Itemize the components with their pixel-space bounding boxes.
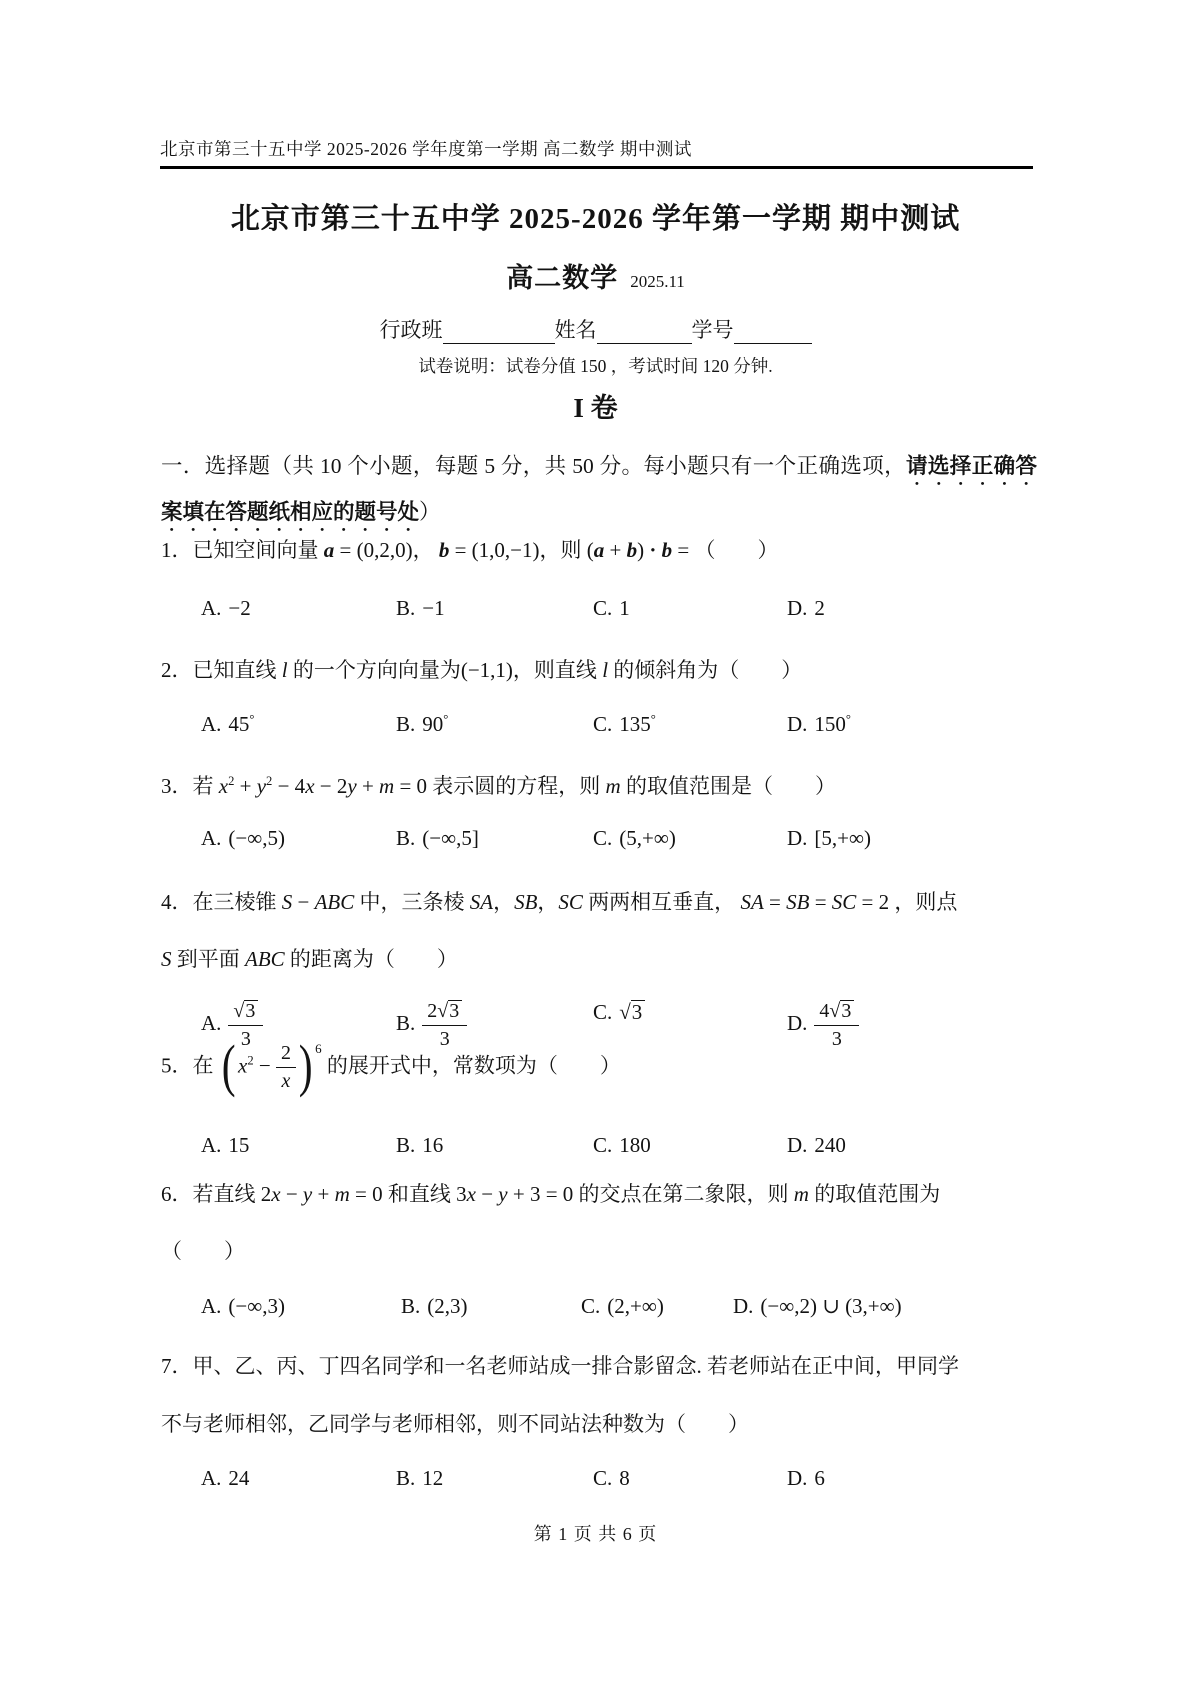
option-label: B.	[396, 1466, 415, 1490]
question-3-options: A.(−∞,5)B.(−∞,5]C.(5,+∞)D.[5,+∞)	[161, 826, 1061, 856]
question-2-option-A: A.45°	[201, 712, 254, 737]
option-label: C.	[593, 826, 612, 850]
question-5-options: A.15B.16C.180D.240	[161, 1133, 1061, 1163]
section-intro-text: 一．选择题（共 10 个小题，每题 5 分，共 50 分。每小题只有一个正确选项…	[161, 454, 906, 478]
question-1-options: A.−2B.−1C.1D.2	[161, 596, 1061, 626]
exam-date: 2025.11	[630, 272, 685, 291]
question-1-option-A: A.−2	[201, 596, 251, 621]
numerator: 2√3	[422, 1000, 467, 1026]
parenthesized-expression: (x2 − 2x)6	[219, 1040, 322, 1095]
radicand: 3	[840, 1000, 854, 1022]
option-label: A.	[201, 1133, 221, 1157]
question-4-line-1: 4．在三棱锥 S − ABC 中，三条棱 SA，SB，SC 两两相互垂直， SA…	[161, 886, 1061, 916]
sqrt-radical: √3	[233, 1000, 258, 1022]
question-5-option-C: C.180	[593, 1133, 651, 1158]
part-title: I 卷	[0, 386, 1191, 425]
question-6-line-1: 6．若直线 2x − y + m = 0 和直线 3x − y + 3 = 0 …	[161, 1178, 1061, 1208]
question-7-option-A: A.24	[201, 1466, 249, 1491]
question-7-option-B: B.12	[396, 1466, 443, 1491]
numerator: 2	[276, 1042, 296, 1068]
question-2-option-C: C.135°	[593, 712, 656, 737]
page-footer: 第 1 页 共 6 页	[0, 1520, 1191, 1546]
left-paren: (	[221, 1040, 235, 1095]
sqrt-radical: √3	[437, 1000, 462, 1022]
question-1-line-1: 1．已知空间向量 a = (0,2,0)， b = (1,0,−1)，则 (a …	[161, 534, 1061, 564]
option-label: A.	[201, 1011, 221, 1035]
id-blank	[734, 321, 812, 344]
option-label: C.	[593, 1466, 612, 1490]
radical-sign: √	[619, 1001, 631, 1023]
subtitle-row: 高二数学 2025.11	[0, 256, 1191, 295]
denominator: x	[276, 1068, 296, 1093]
question-7-line-1: 7．甲、乙、丙、丁四名同学和一名老师站成一排合影留念. 若老师站在正中间，甲同学	[161, 1350, 1061, 1380]
option-label: D.	[787, 1133, 807, 1157]
question-6-option-C: C.(2,+∞)	[581, 1294, 664, 1319]
class-blank	[443, 321, 555, 344]
question-3-option-D: D.[5,+∞)	[787, 826, 871, 851]
question-6-line-2: （ ）	[161, 1235, 1061, 1265]
student-fields-row: 行政班姓名学号	[0, 314, 1191, 344]
question-2-option-B: B.90°	[396, 712, 448, 737]
question-6-option-B: B.(2,3)	[401, 1294, 468, 1319]
question-4-option-C: C.√3	[593, 1000, 645, 1025]
numerator: √3	[228, 1000, 263, 1026]
option-label: B.	[396, 826, 415, 850]
exam-paper-page: 北京市第三十五中学 2025-2026 学年度第一学期 高二数学 期中测试 北京…	[0, 0, 1191, 1684]
option-label: B.	[401, 1294, 420, 1318]
option-label: C.	[581, 1294, 600, 1318]
option-label: A.	[201, 712, 221, 736]
question-5-line-1: 5．在 (x2 − 2x)6 的展开式中，常数项为（ ）	[161, 1040, 1061, 1095]
question-5-option-D: D.240	[787, 1133, 846, 1158]
question-6-option-D: D.(−∞,2) ∪ (3,+∞)	[733, 1294, 902, 1319]
right-paren: )	[299, 1040, 313, 1095]
option-label: A.	[201, 1466, 221, 1490]
name-label: 姓名	[555, 318, 597, 342]
running-header: 北京市第三十五中学 2025-2026 学年度第一学期 高二数学 期中测试	[160, 136, 692, 161]
question-6-option-A: A.(−∞,3)	[201, 1294, 285, 1319]
option-label: D.	[733, 1294, 753, 1318]
page-title: 北京市第三十五中学 2025-2026 学年第一学期 期中测试	[0, 196, 1191, 237]
sqrt-radical: √3	[619, 1000, 645, 1023]
question-5-option-A: A.15	[201, 1133, 249, 1158]
question-3-option-A: A.(−∞,5)	[201, 826, 285, 851]
class-label: 行政班	[380, 318, 443, 342]
option-label: A.	[201, 826, 221, 850]
question-2-options: A.45°B.90°C.135°D.150°	[161, 712, 1061, 742]
question-7-option-D: D.6	[787, 1466, 825, 1491]
radicand: 3	[244, 1000, 258, 1022]
radical-sign: √	[437, 1001, 448, 1022]
option-label: B.	[396, 1133, 415, 1157]
option-label: C.	[593, 712, 612, 736]
option-label: D.	[787, 1466, 807, 1490]
radicand: 3	[631, 1000, 646, 1023]
option-label: C.	[593, 1133, 612, 1157]
question-3-line-1: 3．若 x2 + y2 − 4x − 2y + m = 0 表示圆的方程，则 m…	[161, 770, 1061, 800]
question-3-option-C: C.(5,+∞)	[593, 826, 676, 851]
numerator: 4√3	[814, 1000, 859, 1026]
option-label: B.	[396, 596, 415, 620]
question-4-options: A.√33B.2√33C.√3D.4√33	[161, 1000, 1061, 1030]
name-blank	[597, 321, 692, 344]
exponent: 6	[315, 1041, 322, 1057]
section-intro-close: ）	[419, 500, 441, 524]
header-rule	[160, 166, 1033, 169]
question-2-option-D: D.150°	[787, 712, 851, 737]
id-label: 学号	[692, 318, 734, 342]
question-7-options: A.24B.12C.8D.6	[161, 1466, 1061, 1496]
option-label: A.	[201, 596, 221, 620]
radicand: 3	[448, 1000, 462, 1022]
option-label: D.	[787, 826, 807, 850]
question-1-option-D: D.2	[787, 596, 825, 621]
section-intro: 一．选择题（共 10 个小题，每题 5 分，共 50 分。每小题只有一个正确选项…	[161, 444, 1037, 536]
option-label: D.	[787, 712, 807, 736]
question-6-options: A.(−∞,3)B.(2,3)C.(2,+∞)D.(−∞,2) ∪ (3,+∞)	[161, 1294, 1061, 1324]
fraction: 2x	[276, 1042, 296, 1093]
sqrt-radical: √3	[829, 1000, 854, 1022]
option-label: A.	[201, 1294, 221, 1318]
question-5-option-B: B.16	[396, 1133, 443, 1158]
question-1-option-C: C.1	[593, 596, 630, 621]
exam-note: 试卷说明：试卷分值 150 ，考试时间 120 分钟.	[0, 353, 1191, 378]
paren-content: x2 − 2x	[238, 1042, 296, 1093]
option-label: D.	[787, 1011, 807, 1035]
option-label: C.	[593, 596, 612, 620]
option-label: B.	[396, 712, 415, 736]
question-4-line-2: S 到平面 ABC 的距离为（ ）	[161, 943, 1061, 973]
radical-sign: √	[829, 1001, 840, 1022]
option-label: C.	[593, 1000, 612, 1024]
question-2-line-1: 2．已知直线 l 的一个方向向量为(−1,1)，则直线 l 的倾斜角为（ ）	[161, 654, 1061, 684]
option-label: B.	[396, 1011, 415, 1035]
question-1-option-B: B.−1	[396, 596, 445, 621]
course-title: 高二数学	[506, 263, 618, 293]
radical-sign: √	[233, 1001, 244, 1022]
question-7-line-2: 不与老师相邻，乙同学与老师相邻，则不同站法种数为（ ）	[161, 1408, 1061, 1438]
option-label: D.	[787, 596, 807, 620]
question-3-option-B: B.(−∞,5]	[396, 826, 479, 851]
question-7-option-C: C.8	[593, 1466, 630, 1491]
